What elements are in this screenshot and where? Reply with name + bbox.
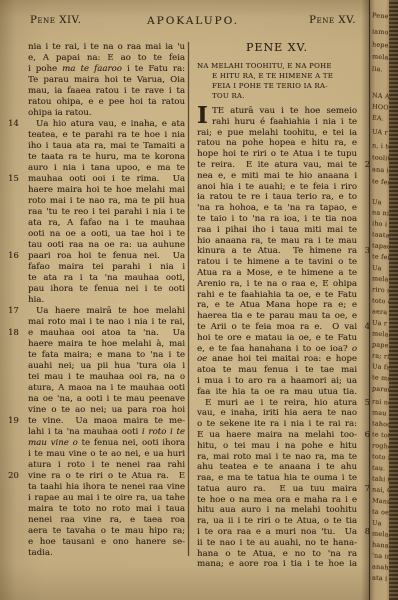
- line-text: o te sekene ite ra i nia i te rai ra:: [197, 419, 357, 430]
- left-text-line: paari roa hoi te fenua nei. Ua16: [28, 251, 185, 262]
- left-text-line: haere maira te hoe melahi à, mai: [28, 339, 185, 350]
- left-text-line: mai roto mai i te nao i nia i te rai,: [28, 317, 185, 328]
- line-text: i te mau vine o te ao nei, e ua huri: [28, 449, 185, 460]
- right-text-line: hitu, o tei mau i na pohe e hitu: [197, 441, 357, 452]
- right-text-line: te hoe o na mea ora e maha ra i e: [197, 495, 357, 506]
- edge-text-fragment: UA r: [372, 127, 388, 136]
- right-text-line: nea e, e miti mai te hio anaana i: [197, 171, 357, 182]
- line-text: ratou ohipa, e e pee hoi ta ratou: [28, 97, 185, 108]
- right-text-line: rahi huru é faahiahia i nia i te: [197, 117, 357, 128]
- line-text: pau ihora te fenua nei i te ooti: [28, 284, 185, 295]
- left-text-line: te vine. Ua maoa maira te me-19: [28, 416, 185, 427]
- line-text: raa, e ma te tatua hia te ouma i te: [197, 473, 357, 484]
- left-text-line: e hoe tausani e ono hanere se-: [28, 537, 185, 548]
- line-text: teatea, e te parahi ra te hoe i nia: [28, 130, 185, 141]
- line-text: Arenio ra, i te na o raa e, E ohipa: [197, 279, 357, 290]
- line-text: te reira. E ite atura vau, mai te: [197, 160, 357, 171]
- page-edge-texture: [389, 0, 398, 600]
- line-text: ra, ua ii i te riri o te Atua, o te tia: [197, 516, 357, 527]
- left-text-line: roto mai i te nao ra, ma te pii hua: [28, 196, 185, 207]
- right-text-line: TE aturā vau i te hoe semeio: [197, 106, 357, 117]
- line-text: ia ratou te re i taua terio ra, e to: [197, 192, 357, 203]
- right-text-line: atoa te mau fenua i te tae mai: [197, 365, 357, 376]
- line-text: tadia.: [28, 548, 185, 559]
- line-text: maira te toto no roto mai i taua: [28, 504, 185, 515]
- left-text-line: na oe 'na, a ooti i te mau peenave: [28, 394, 185, 405]
- line-text: i te ora raa e a muri noa 'tu. Ua: [197, 527, 357, 538]
- line-text: te Arii o te feia moa ra e. O vai: [197, 322, 357, 333]
- line-text: E muri ae i te reira, hio atura: [197, 398, 357, 409]
- line-text: tau ooti raa na oe ra: ua auhune: [28, 240, 185, 251]
- line-text: ooti na oe a ooti, ua tae hoi i te: [28, 229, 185, 240]
- right-text-line: oe anae hoi tei maitai roa: e hope: [197, 354, 357, 365]
- line-text: Ua haere mairā te hoe melahi: [28, 306, 185, 317]
- right-text-line: hio anaana ra, te mau ra i te mau: [197, 236, 357, 247]
- right-text-line: raa i pihai iho i taua miti mai te: [197, 225, 357, 236]
- line-text: E ua haere maira na melahi too-: [197, 430, 357, 441]
- left-text-line: ta taahi hia ihora te nenei raa vine: [28, 482, 185, 493]
- line-text: i pohe ma te faaroo i te Fatu ra:: [28, 64, 185, 75]
- left-text-line: te ata ra i ta 'na mauhaa ooti,: [28, 273, 185, 284]
- right-text-line: i te ora raa e a muri noa 'tu. Ua8: [197, 527, 357, 538]
- right-text-line: faa ite hia ta oe ra mau utua tia.: [197, 387, 357, 398]
- line-text: hoi te ore e matau ia oe, e te Fatu: [197, 333, 357, 344]
- line-text: i mua i to aro ra a haamori ai; ua: [197, 376, 357, 387]
- line-text: auahi nei; ua pii hua 'tura oia i: [28, 361, 185, 372]
- left-text-line: te taata ra te huru, ma te korona: [28, 152, 185, 163]
- line-text: haere maira hoi te hoe melahi mai: [28, 185, 185, 196]
- edge-text-fragment: tau.: [372, 464, 386, 473]
- line-text: i rapae au mai i te oire ra, ua tahe: [28, 493, 185, 504]
- line-text: paari roa hoi te fenua nei. Ua: [28, 251, 185, 262]
- left-text-line: atura i roto i te nenei raa rahi: [28, 460, 185, 471]
- right-text-line: ra, ua ii i te riri o te Atua, o te tia: [197, 516, 357, 527]
- line-text: mana; e aore roa i tia i te hoe ia: [197, 559, 357, 570]
- right-text-line: rahi e te faahiahia ta oe, e te Fatu: [197, 290, 357, 301]
- right-text-line: ra, e te Atua Mana hope ra e; e: [197, 300, 357, 311]
- line-text: te hoe o na mea ora e maha ra i e: [197, 495, 357, 506]
- line-text: hio anaana ra, te mau ra i te mau: [197, 236, 357, 247]
- left-text-line: iho i taua ata ra, mai te Tamaiti a: [28, 141, 185, 152]
- line-text: hope hoi te riri o te Atua i te tupu: [197, 149, 357, 160]
- line-text: ratou na pohe hopea e hitu ra, e: [197, 138, 357, 149]
- left-text-line: pau ihora te fenua nei i te ooti: [28, 284, 185, 295]
- left-text-line: auahi nei; ua pii hua 'tura oia i: [28, 361, 185, 372]
- line-text: mau vine o te fenua nei, ooti ihora: [28, 438, 185, 449]
- left-text-line: Te parau maira hoi te Varua, Oia: [28, 75, 185, 86]
- chapter-heading: PENE XV.: [197, 40, 357, 55]
- right-text-line: Atua ra a Mose, e te himene a te: [197, 268, 357, 279]
- summary-line: NA MELAHI TOOHITU, E NA POHE: [197, 61, 357, 71]
- left-text-line: mau vine o te fenua nei, ooti ihora: [28, 438, 185, 449]
- verse-number: 15: [8, 174, 25, 185]
- right-text-line: 'na ra hohoa, e ta 'na ra tapao, e: [197, 203, 357, 214]
- line-text: haere maira te hoe melahi à, mai: [28, 339, 185, 350]
- right-text-line: ahu teatea e te anaana i te ahu: [197, 462, 357, 473]
- left-text-line: fafao maira tei parahi i nia i: [28, 262, 185, 273]
- line-text: fafao maira tei parahi i nia i: [28, 262, 185, 273]
- verse-number: 16: [8, 251, 25, 262]
- line-text: ahu teatea e te anaana i te ahu: [197, 462, 357, 473]
- left-text-line: ata ra, A fafao na i te mauhaa: [28, 218, 185, 229]
- line-text: ta taahi hia ihora te nenei raa vine: [28, 482, 185, 493]
- running-head-left: Pene XIV.: [30, 15, 81, 26]
- line-text: kinura a te Atua. Te himene ra: [197, 246, 357, 257]
- left-text-line: Ua haere mairā te hoe melahi17: [28, 306, 185, 317]
- right-text-line: te reira. E ite atura vau, mai te2: [197, 160, 357, 171]
- line-text: hana o te Atua, e no to 'na ra: [197, 549, 357, 560]
- line-text: lahi i ta 'na mauhaa ooti i roto i te: [28, 427, 185, 438]
- right-text-line: ratou na pohe hopea e hitu ra, e: [197, 138, 357, 149]
- line-text: na oe 'na, a ooti i te mau peenave: [28, 394, 185, 405]
- right-text-line: o te sekene ite ra i nia i te rai ra:: [197, 419, 357, 430]
- line-text: raa i pihai iho i taua miti mai te: [197, 225, 357, 236]
- line-text: Atua ra a Mose, e te himene a te: [197, 268, 357, 279]
- line-text: anoi hia i te auahi; e te feia i riro: [197, 182, 357, 193]
- left-text-line: Ua hio atura vau, e inaha, e ata14: [28, 119, 185, 130]
- left-text-line: ooti na oe a ooti, ua tae hoi i te: [28, 229, 185, 240]
- right-text-line: te taio i to 'na ra ioa, i te tia noa: [197, 214, 357, 225]
- left-text-line: maira te toto no roto mai i taua: [28, 504, 185, 515]
- line-text: nia i te rai, i te na o raa mai ia 'u: [28, 42, 185, 53]
- left-text-line: te fata maira; e mana to 'na i te: [28, 350, 185, 361]
- line-text: te vine. Ua maoa maira te me-: [28, 416, 185, 427]
- edge-text-fragment: hana: [372, 540, 389, 549]
- line-text: nea e, e miti mai te hio anaana i: [197, 171, 357, 182]
- left-text-line: i rapae au mai i te oire ra, ua tahe: [28, 493, 185, 504]
- right-text-line: hope hoi te riri o te Atua i te tupu: [197, 149, 357, 160]
- line-text: e hoe tausani e ono hanere se-: [28, 537, 185, 548]
- line-text: raa 'tu te reo i tei parahi i nia i te: [28, 207, 185, 218]
- left-text-line: i pohe ma te faaroo i te Fatu ra:: [28, 64, 185, 75]
- line-text: vau, e inaha, iriti hia aera te nao: [197, 408, 357, 419]
- line-text: e mauhaa ooi atoa ta 'na. Ua: [28, 328, 185, 339]
- right-text-line: raa, e ma te tatua hia te ouma i te: [197, 473, 357, 484]
- right-text-line: hana o te Atua, e no to 'na ra: [197, 549, 357, 560]
- running-head-center: APOKALUPO.: [147, 15, 239, 27]
- left-text-line: raa 'tu te reo i tei parahi i nia i te: [28, 207, 185, 218]
- left-text-line: atura, A maoa na i te mauhaa ooti: [28, 383, 185, 394]
- running-head-right: Pene XV.: [309, 15, 356, 26]
- line-text: mauhaa ooti ooi i te rima. Ua: [28, 174, 185, 185]
- right-text-line: kinura a te Atua. Te himene ra3: [197, 246, 357, 257]
- line-text: iho i taua ata ra, mai te Tamaiti a: [28, 141, 185, 152]
- right-text-line: tatua auro ra. E ua tuu maira7: [197, 484, 357, 495]
- left-text-line: teatea, e te parahi ra te hoe i nia: [28, 130, 185, 141]
- right-text-line: E muri ae i te reira, hio atura5: [197, 398, 357, 409]
- right-text-line: vau, e inaha, iriti hia aera te nao: [197, 408, 357, 419]
- right-text-line: te Arii o te feia moa ra e. O vai4: [197, 322, 357, 333]
- line-text: mai roto mai i te nao i nia i te rai,: [28, 317, 185, 328]
- edge-text-fragment: Ua: [372, 198, 382, 207]
- summary-line: E HITU RA, E TE HIMENE A TE: [197, 71, 357, 81]
- left-text-line: tei mau i te mauhaa ooi ra, na o: [28, 372, 185, 383]
- line-text: hitu aua auro i na melahi toohitu: [197, 505, 357, 516]
- verse-number: 19: [8, 416, 25, 427]
- line-text: e, e te faa hanahana i to oe ioa? o: [197, 344, 357, 355]
- line-text: vine o te ao nei; ua para roa hoi: [28, 405, 185, 416]
- chapter-summary: NA MELAHI TOOHITU, E NA POHEE HITU RA, E…: [197, 61, 357, 101]
- line-text: vine ra o te riri o te Atua ra. E: [28, 471, 185, 482]
- line-text: ratou i te himene a te tavini o te: [197, 257, 357, 268]
- left-text-line: tadia.: [28, 548, 185, 559]
- line-text: ii te nao i te au auahi, no te hana-: [197, 538, 357, 549]
- edge-text-fragment: lia.: [372, 65, 383, 74]
- line-text: rahi e te faahiahia ta oe, e te Fatu: [197, 290, 357, 301]
- verse-number: 17: [8, 306, 25, 317]
- line-text: Te parau maira hoi te Varua, Oia: [28, 75, 185, 86]
- edge-text-fragment: Ua r: [372, 318, 388, 327]
- line-text: auro i nia i tana upoo, e ma te: [28, 163, 185, 174]
- line-text: atoa te mau fenua i te tae mai: [197, 365, 357, 376]
- right-text-line: hitu aua auro i na melahi toohitu: [197, 505, 357, 516]
- right-text-line: ratou i te himene a te tavini o te: [197, 257, 357, 268]
- line-text: 'na ra hohoa, e ta 'na ra tapao, e: [197, 203, 357, 214]
- verse-number: 14: [8, 119, 25, 130]
- line-text: ra, e te Atua Mana hope ra e; e: [197, 300, 357, 311]
- edge-text-fragment: tahi t: [372, 474, 391, 483]
- line-text: ra, mai roto mai i te nao ra, ma te: [197, 452, 357, 463]
- left-column: nia i te rai, i te na o raa mai ia 'ue, …: [28, 42, 185, 559]
- line-text: te taio i to 'na ra ioa, i te tia noa: [197, 214, 357, 225]
- left-text-line: nia i te rai, i te na o raa mai ia 'u: [28, 42, 185, 53]
- left-text-line: e mauhaa ooi atoa ta 'na. Ua18: [28, 328, 185, 339]
- line-text: te taata ra te huru, ma te korona: [28, 152, 185, 163]
- right-text-line: haerea tia e te parau mau ta oe, e: [197, 311, 357, 322]
- line-text: atura, A maoa na i te mauhaa ooti: [28, 383, 185, 394]
- left-text-line: lahi i ta 'na mauhaa ooti i roto i te: [28, 427, 185, 438]
- line-text: hia.: [28, 295, 185, 306]
- left-text-line: vine ra o te riri o te Atua ra. E20: [28, 471, 185, 482]
- line-text: rahi huru é faahiahia i nia i te: [197, 117, 357, 128]
- left-text-line: mau, ia faaea ratou i te rave i ta: [28, 86, 185, 97]
- edge-text-fragment: ta oe: [372, 507, 390, 516]
- left-text-line: ratou ohipa, e e pee hoi ta ratou: [28, 97, 185, 108]
- left-text-line: tau ooti raa na oe ra: ua auhune: [28, 240, 185, 251]
- summary-line: FEIA I POHE TE TERIO IA RA-: [197, 81, 357, 91]
- edge-text-fragment: ra; ri: [372, 351, 390, 360]
- right-text-line: ra, mai roto mai i te nao ra, ma te: [197, 452, 357, 463]
- left-text-line: haere maira hoi te hoe melahi mai: [28, 185, 185, 196]
- right-text-line: ii te nao i te au auahi, no te hana-: [197, 538, 357, 549]
- left-text-line: aera te tavaha o te mau hipo ra;: [28, 526, 185, 537]
- line-text: roto mai i te nao ra, ma te pii hua: [28, 196, 185, 207]
- running-header: Pene XIV. APOKALUPO. Pene XV.: [30, 15, 356, 28]
- right-text-line: rai; e pue melahi toohitu, e tei ia: [197, 128, 357, 139]
- line-text: e, A papai na: E ao to te feia: [28, 53, 185, 64]
- left-text-line: mauhaa ooti ooi i te rima. Ua15: [28, 174, 185, 185]
- chapter-body: I TE aturā vau i te hoe semeiorahi huru …: [197, 106, 357, 570]
- edge-text-fragment: EA.: [372, 114, 384, 123]
- left-text-line: ohipa ia ratou.: [28, 108, 185, 119]
- edge-text-fragment: Ua: [372, 264, 382, 273]
- line-text: rai; e pue melahi toohitu, e tei ia: [197, 128, 357, 139]
- right-text-line: ia ratou te re i taua terio ra, e to: [197, 192, 357, 203]
- right-text-line: E ua haere maira na melahi too-6: [197, 430, 357, 441]
- right-text-line: i mua i to aro ra a haamori ai; ua: [197, 376, 357, 387]
- right-text-line: mana; e aore roa i tia i te hoe ia: [197, 559, 357, 570]
- column-divider: [188, 42, 189, 556]
- left-text-line: vine o te ao nei; ua para roa hoi: [28, 405, 185, 416]
- right-text-line: Arenio ra, i te na o raa e, E ohipa: [197, 279, 357, 290]
- line-text: haerea tia e te parau mau ta oe, e: [197, 311, 357, 322]
- line-text: tatua auro ra. E ua tuu maira: [197, 484, 357, 495]
- left-text-line: hia.: [28, 295, 185, 306]
- verse-number: 20: [8, 471, 25, 482]
- right-text-line: e, e te faa hanahana i to oe ioa? o: [197, 344, 357, 355]
- line-text: oe anae hoi tei maitai roa: e hope: [197, 354, 357, 365]
- left-text-line: nenei raa vine ra, e taea roa: [28, 515, 185, 526]
- edge-text-fragment: HOO: [372, 102, 389, 111]
- right-column: PENE XV. NA MELAHI TOOHITU, E NA POHEE H…: [197, 40, 357, 570]
- line-text: tei mau i te mauhaa ooi ra, na o: [28, 372, 185, 383]
- book-page: Pene XIV. APOKALUPO. Pene XV. nia i te r…: [0, 0, 398, 600]
- line-text: te ata ra i ta 'na mauhaa ooti,: [28, 273, 185, 284]
- edge-text-fragment: ata i: [372, 573, 388, 582]
- left-text-line: i te mau vine o te ao nei, e ua huri: [28, 449, 185, 460]
- line-text: atura i roto i te nenei raa rahi: [28, 460, 185, 471]
- left-text-line: auro i nia i tana upoo, e ma te: [28, 163, 185, 174]
- line-text: te fata maira; e mana to 'na i te: [28, 350, 185, 361]
- right-text-line: hoi te ore e matau ia oe, e te Fatu: [197, 333, 357, 344]
- line-text: ata ra, A fafao na i te mauhaa: [28, 218, 185, 229]
- right-text-line: anoi hia i te auahi; e te feia i riro: [197, 182, 357, 193]
- summary-line: TOU RA.: [197, 91, 357, 101]
- line-text: mau, ia faaea ratou i te rave i ta: [28, 86, 185, 97]
- edge-text-fragment: Ua: [372, 519, 382, 528]
- line-text: nenei raa vine ra, e taea roa: [28, 515, 185, 526]
- verse-number: 18: [8, 328, 25, 339]
- left-text-line: e, A papai na: E ao to te feia: [28, 53, 185, 64]
- line-text: aera te tavaha o te mau hipo ra;: [28, 526, 185, 537]
- line-text: TE aturā vau i te hoe semeio: [197, 106, 357, 117]
- line-text: Ua hio atura vau, e inaha, e ata: [28, 119, 185, 130]
- line-text: ohipa ia ratou.: [28, 108, 185, 119]
- line-text: hitu, o tei mau i na pohe e hitu: [197, 441, 357, 452]
- line-text: faa ite hia ta oe ra mau utua tia.: [197, 387, 357, 398]
